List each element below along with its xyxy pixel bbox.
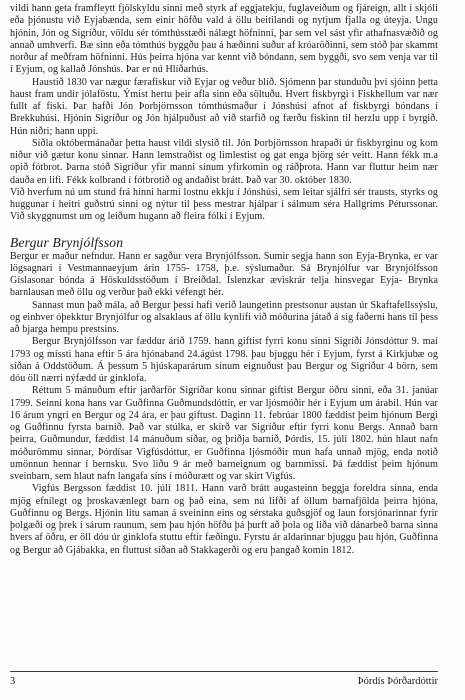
document-page: vildi hann geta framfleytt fjölskyldu si… xyxy=(0,0,465,700)
body-paragraph: Við hverfum nú um stund frá hinni harmi … xyxy=(10,187,438,224)
text-column: vildi hann geta framfleytt fjölskyldu si… xyxy=(10,3,438,557)
author-name: Þórdís Þórðardóttir xyxy=(358,676,438,687)
body-paragraph: Bergur er maður nefndur. Hann er sagður … xyxy=(10,251,438,300)
body-paragraph: Vigfús Bergsson fæddist 10. júlí 1811. H… xyxy=(10,483,438,557)
body-paragraph: Haustið 1830 var nægur færafiskur við Ey… xyxy=(10,77,438,138)
body-paragraph: vildi hann geta framfleytt fjölskyldu si… xyxy=(10,3,438,77)
body-paragraph: Réttum 5 mánuðum eftir jarðarför Sigríða… xyxy=(10,385,438,483)
section-heading: Bergur Brynjólfsson xyxy=(10,235,438,250)
page-number: 3 xyxy=(10,676,15,687)
page-footer: 3 Þórdís Þórðardóttir xyxy=(10,671,438,687)
body-paragraph: Bergur Brynjólfsson var fæddur árið 1759… xyxy=(10,336,438,385)
body-paragraph: Síðla októbermánaðar þetta haust vildi s… xyxy=(10,138,438,187)
body-paragraph: Sannast mun það mála, að Bergur þessi ha… xyxy=(10,300,438,337)
